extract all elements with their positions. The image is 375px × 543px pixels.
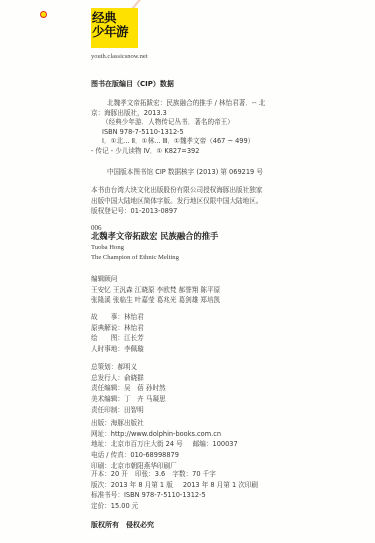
staff-row: 美术编辑：丁 卉 马凝思 [91,394,166,405]
publisher-row: 电话 / 传真：010-68998879 [91,450,238,461]
cip-title: 图书在版编目（CIP）数据 [91,80,174,89]
cip-record-number: 中国版本图书馆 CIP 数据核字 (2013) 第 069219 号 [107,168,263,177]
publisher-row: 网址：http://www.dolphin-books.com.cn [91,429,238,440]
credit-row: 故 事：林怡君 [91,312,144,323]
cip-line: 京：海豚出版社，2013.3 [91,109,265,119]
credit-row: 原典解说：林怡君 [91,323,144,334]
logo-ring-icon [40,11,47,18]
logo-url: youth.classicsnow.net [91,53,148,60]
book-title: 北魏孝文帝拓跋宏 民族融合的推手 [91,232,218,241]
copyright-page: 经典 少年游 youth.classicsnow.net 图书在版编目（CIP）… [0,0,375,543]
cip-body: 北魏孝文帝拓跋宏：民族融合的推手 / 林怡君著．-- 北 京：海豚出版社，201… [91,99,265,157]
editorial-advisors: 编辑顾问 王安忆 王汎森 江晓原 李欧梵 郝誉翔 陈平原 张隆溪 张临生 叶嘉莹… [91,274,220,306]
english-name: Tuoba Hong [91,243,124,252]
staff-row: 责任编辑：吴 蓓 孙时然 [91,383,166,394]
cip-line: ISBN 978-7-5110-1312-5 [91,128,265,138]
publisher-info: 出版：海豚出版社 网址：http://www.dolphin-books.com… [91,418,238,472]
cip-line: Ⅰ．①北… Ⅱ．①林… Ⅲ．①魏孝文帝（467 ~ 499） [91,137,265,147]
license-statement: 本书由台湾大块文化出版股份有限公司授权海豚出版社独家 出版中国大陆地区简体字版。… [91,185,262,217]
license-line: 出版中国大陆地区简体字版。发行地区仅限中国大陆地区。 [91,196,262,207]
specs-row: 标准书号：ISBN 978-7-5110-1312-5 [91,490,258,501]
cip-line: （经典少年游．人物传记丛书．著名的帝王） [91,118,265,128]
series-logo: 经典 少年游 [91,8,138,48]
credits: 故 事：林怡君 原典解说：林怡君 绘 图：江长芳 人时事地：李佩璇 [91,312,144,355]
credit-row: 绘 图：江长芳 [91,333,144,344]
logo-line-2: 少年游 [92,25,128,38]
specs-row: 定价：15.00 元 [91,501,258,512]
advisors-label: 编辑顾问 [91,274,220,285]
license-line: 版权登记号：01-2013-0897 [91,206,262,217]
cip-line: 北魏孝文帝拓跋宏：民族融合的推手 / 林怡君著．-- 北 [91,99,265,109]
staff-row: 总策划：郝明义 [91,362,166,373]
staff-row: 总发行人：俞晓群 [91,373,166,384]
website-link: http://www.dolphin-books.com.cn [111,430,221,438]
publisher-row: 出版：海豚出版社 [91,418,238,429]
book-specs: 开本：20 开 印张：3.6 字数：70 千字 版次：2013 年 8 月第 1… [91,469,258,512]
advisors-line: 王安忆 王汎森 江晓原 李欧梵 郝誉翔 陈平原 [91,285,220,296]
publisher-row: 地址：北京市百万庄大街 24 号邮编：100037 [91,439,238,450]
rights-notice: 版权所有 侵权必究 [91,521,154,530]
credit-row: 人时事地：李佩璇 [91,344,144,355]
staff-row: 责任印制：田智明 [91,405,166,416]
license-line: 本书由台湾大块文化出版股份有限公司授权海豚出版社独家 [91,185,262,196]
advisors-line: 张隆溪 张临生 叶嘉莹 葛兆光 葛剑雄 郑培凯 [91,295,220,306]
logo-line-1: 经典 [92,11,116,24]
specs-row: 开本：20 开 印张：3.6 字数：70 千字 [91,469,258,480]
cip-line: - 传记 - 少儿读物 Ⅳ．① K827=392 [91,147,265,157]
specs-row: 版次：2013 年 8 月第 1 版2013 年 8 月第 1 次印刷 [91,480,258,491]
staff: 总策划：郝明义 总发行人：俞晓群 责任编辑：吴 蓓 孙时然 美术编辑：丁 卉 马… [91,362,166,416]
english-title: The Champion of Ethnic Melting [91,253,179,262]
